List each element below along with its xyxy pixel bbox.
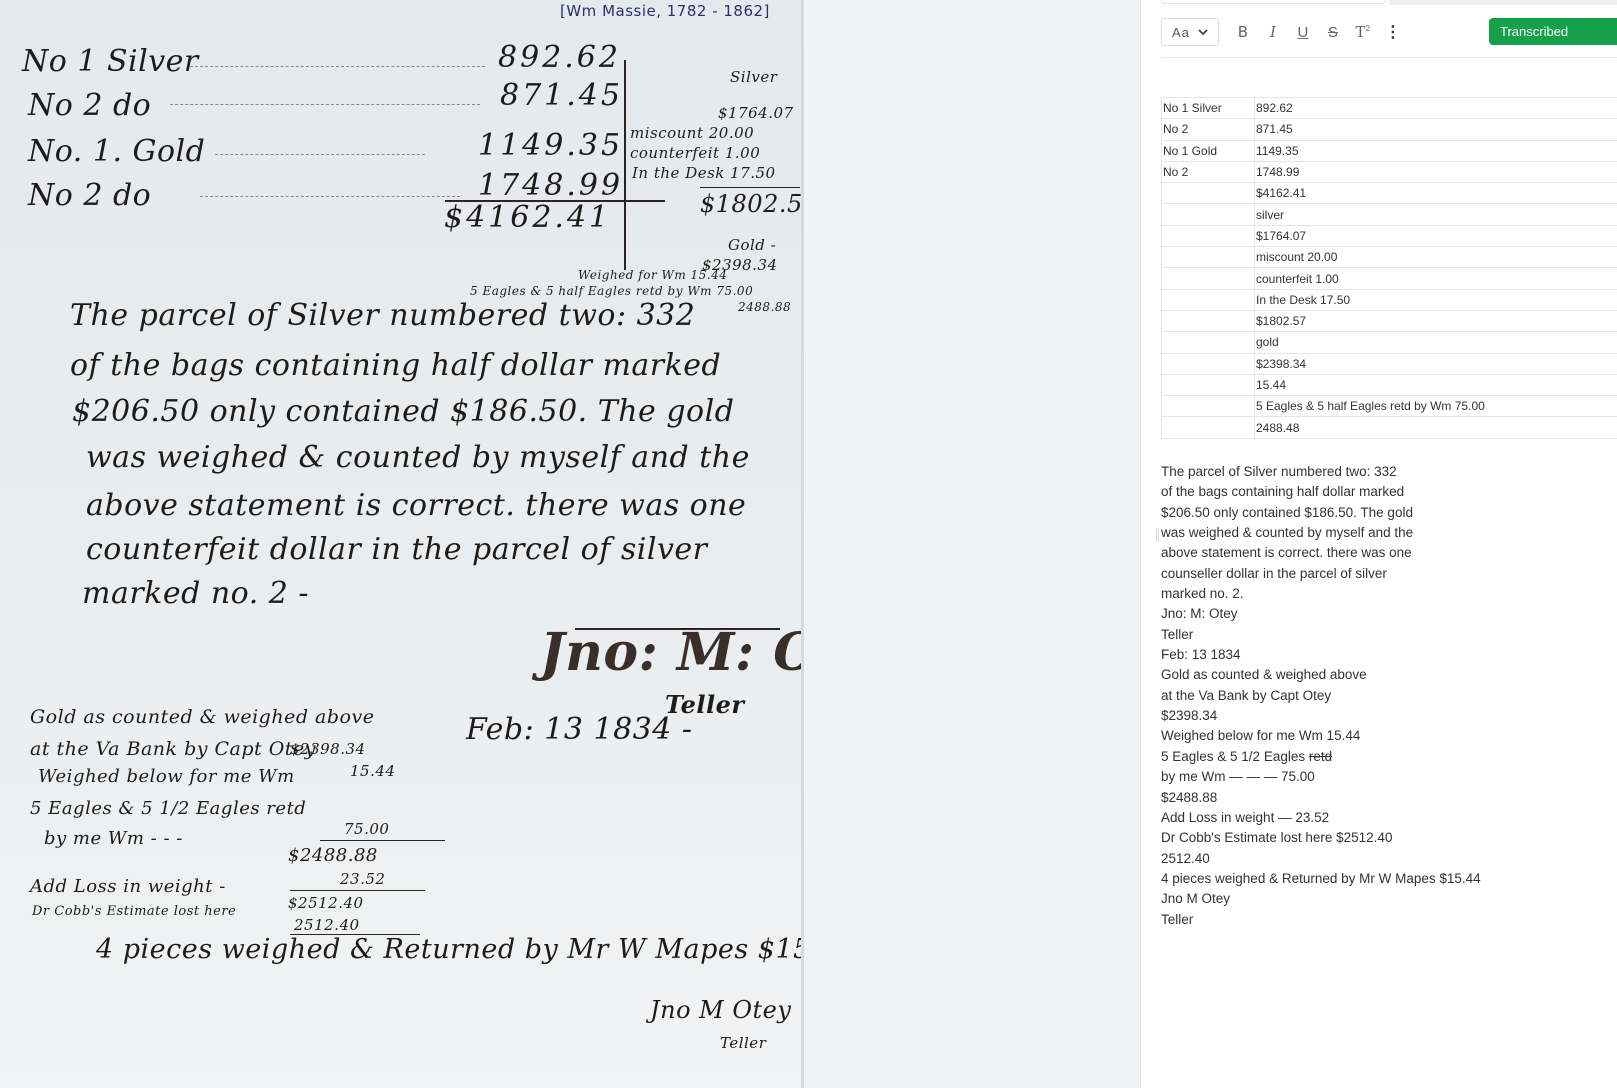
more-options-icon[interactable]: ⋮ xyxy=(1385,22,1401,42)
text-segment: 5 Eagles & 5 1/2 Eagles xyxy=(1161,749,1309,764)
table-cell[interactable] xyxy=(1162,289,1255,310)
table-cell[interactable]: 871.45 xyxy=(1255,119,1617,140)
text-line: The parcel of Silver numbered two: 332 xyxy=(1161,462,1611,482)
text-line: Gold as counted & weighed above xyxy=(1161,665,1611,685)
margin-gold-label: Gold - xyxy=(728,236,776,254)
lower-line: Add Loss in weight - xyxy=(30,876,226,897)
ledger-leader xyxy=(200,196,460,197)
table-cell[interactable]: gold xyxy=(1255,332,1617,353)
body-line: counterfeit dollar in the parcel of silv… xyxy=(86,532,707,567)
table-cell[interactable]: No 2 xyxy=(1162,161,1255,182)
margin-silver-amount: $1764.07 xyxy=(718,104,794,122)
text-line: counseller dollar in the parcel of silve… xyxy=(1161,564,1611,584)
text-line: Teller xyxy=(1161,625,1611,645)
text-line: Jno M Otey xyxy=(1161,889,1611,909)
table-row: silver xyxy=(1162,204,1617,225)
table-cell[interactable]: 892.62 xyxy=(1255,98,1617,119)
footer-signature: Jno M Otey xyxy=(650,996,791,1024)
lower-rule xyxy=(290,890,425,891)
table-cell[interactable] xyxy=(1162,247,1255,268)
manuscript-image-viewer[interactable]: [Wm Massie, 1782 - 1862] No 1 Silver 892… xyxy=(0,0,804,1088)
lower-amount: $2512.40 xyxy=(288,894,364,912)
text-line: Add Loss in weight — 23.52 xyxy=(1161,808,1611,828)
lower-line: Gold as counted & weighed above xyxy=(30,706,374,728)
lower-rule xyxy=(320,840,445,841)
table-cell[interactable] xyxy=(1162,268,1255,289)
table-cell[interactable] xyxy=(1162,417,1255,438)
margin-silver-label: Silver xyxy=(730,68,777,86)
margin-counterfeit: counterfeit 1.00 xyxy=(630,144,760,162)
footer-title: Teller xyxy=(720,1034,766,1052)
text-line: Feb: 13 1834 xyxy=(1161,645,1611,665)
table-cell[interactable] xyxy=(1162,183,1255,204)
margin-gold-total: 2488.88 xyxy=(738,300,791,314)
margin-silver-total: $1802.57 xyxy=(700,190,804,218)
margin-desk: In the Desk 17.50 xyxy=(632,164,776,182)
ledger-label: No 2 do xyxy=(28,88,151,123)
transcription-table[interactable]: No 1 Silver892.62 No 2871.45 No 1 Gold11… xyxy=(1161,97,1617,439)
table-cell[interactable] xyxy=(1162,353,1255,374)
lower-amount: 23.52 xyxy=(340,870,385,888)
table-row: No 1 Silver892.62 xyxy=(1162,98,1617,119)
table-cell[interactable]: No 1 Silver xyxy=(1162,98,1255,119)
body-line: was weighed & counted by myself and the xyxy=(86,440,750,475)
table-row: gold xyxy=(1162,332,1617,353)
text-line-eagles: 5 Eagles & 5 1/2 Eagles retd xyxy=(1161,747,1611,767)
text-cursor-marker xyxy=(1156,528,1159,542)
lower-line: at the Va Bank by Capt Otey xyxy=(30,738,316,760)
text-line: Teller xyxy=(1161,910,1611,930)
table-cell[interactable]: $2398.34 xyxy=(1255,353,1617,374)
ledger-total: $4162.41 xyxy=(444,200,611,235)
table-cell[interactable]: No 2 xyxy=(1162,119,1255,140)
table-cell[interactable] xyxy=(1162,374,1255,395)
table-cell[interactable] xyxy=(1162,204,1255,225)
text-line: $2488.88 xyxy=(1161,788,1611,808)
ledger-leader xyxy=(170,104,480,105)
table-row: $4162.41 xyxy=(1162,183,1617,204)
table-cell[interactable] xyxy=(1162,396,1255,417)
ledger-leader xyxy=(190,66,485,67)
table-cell[interactable]: 1149.35 xyxy=(1255,140,1617,161)
text-line: was weighed & counted by myself and the xyxy=(1161,523,1611,543)
table-row: $2398.34 xyxy=(1162,353,1617,374)
body-line: marked no. 2 - xyxy=(82,576,309,611)
table-cell[interactable]: $4162.41 xyxy=(1255,183,1617,204)
body-line: $206.50 only contained $186.50. The gold xyxy=(72,394,734,429)
text-line: 4 pieces weighed & Returned by Mr W Mape… xyxy=(1161,869,1611,889)
table-row: $1802.57 xyxy=(1162,310,1617,331)
table-cell[interactable]: miscount 20.00 xyxy=(1255,247,1617,268)
bold-button[interactable]: B xyxy=(1235,23,1251,41)
table-cell[interactable] xyxy=(1162,332,1255,353)
table-row: counterfeit 1.00 xyxy=(1162,268,1617,289)
table-cell[interactable]: 1748.99 xyxy=(1255,161,1617,182)
text-line: marked no. 2. xyxy=(1161,584,1611,604)
margin-eagles: 5 Eagles & 5 half Eagles retd by Wm 75.0… xyxy=(470,284,753,298)
table-cell[interactable]: 2488.48 xyxy=(1255,417,1617,438)
struck-text: retd xyxy=(1309,749,1332,764)
margin-weighed: Weighed for Wm 15.44 xyxy=(578,268,727,282)
table-cell[interactable]: silver xyxy=(1255,204,1617,225)
table-cell[interactable]: $1802.57 xyxy=(1255,310,1617,331)
table-row: 2488.48 xyxy=(1162,417,1617,438)
lower-amount: 75.00 xyxy=(344,820,389,838)
table-cell[interactable] xyxy=(1162,310,1255,331)
body-line: above statement is correct. there was on… xyxy=(86,488,746,523)
lower-line: Weighed below for me Wm xyxy=(38,766,295,787)
top-strip xyxy=(1389,0,1617,5)
ledger-amount: 1748.99 xyxy=(478,168,623,203)
table-cell[interactable]: counterfeit 1.00 xyxy=(1255,268,1617,289)
table-cell[interactable]: No 1 Gold xyxy=(1162,140,1255,161)
ledger-amount: 871.45 xyxy=(500,78,623,113)
text-line: of the bags containing half dollar marke… xyxy=(1161,482,1611,502)
body-line: of the bags containing half dollar marke… xyxy=(70,348,721,383)
lower-line: Dr Cobb's Estimate lost here xyxy=(32,904,236,919)
text-line: $206.50 only contained $186.50. The gold xyxy=(1161,503,1611,523)
transcribed-status-button[interactable]: Transcribed xyxy=(1489,18,1617,45)
lower-amount: $2488.88 xyxy=(288,845,378,866)
text-line: $2398.34 xyxy=(1161,706,1611,726)
margin-rule xyxy=(700,187,800,188)
strikethrough-button[interactable]: S xyxy=(1325,24,1341,41)
text-line: Jno: M: Otey xyxy=(1161,604,1611,624)
margin-miscount: miscount 20.00 xyxy=(630,124,754,142)
lower-amount: 15.44 xyxy=(350,762,395,780)
transcription-editor-panel: Aa B I U S T2 ⋮ Transcribed No 1 Silver8… xyxy=(1140,0,1617,1088)
underline-button[interactable]: U xyxy=(1295,24,1311,41)
ledger-amount: 892.62 xyxy=(498,40,621,75)
text-line: above statement is correct. there was on… xyxy=(1161,543,1611,563)
table-row: $1764.07 xyxy=(1162,225,1617,246)
ledger-label: No 1 Silver xyxy=(22,44,199,79)
superscript-button[interactable]: T2 xyxy=(1355,23,1371,41)
table-cell[interactable]: 5 Eagles & 5 half Eagles retd by Wm 75.0… xyxy=(1255,396,1617,417)
ledger-leader xyxy=(215,154,425,155)
signature: Jno: M: Otey xyxy=(540,622,804,683)
ledger-brace xyxy=(624,60,626,270)
table-row: In the Desk 17.50 xyxy=(1162,289,1617,310)
table-cell[interactable]: 15.44 xyxy=(1255,374,1617,395)
footer-line: 4 pieces weighed & Returned by Mr W Mape… xyxy=(96,934,804,965)
lower-line: by me Wm - - - xyxy=(44,828,183,849)
transcription-text-area[interactable]: The parcel of Silver numbered two: 332 o… xyxy=(1161,462,1611,930)
table-row: 5 Eagles & 5 half Eagles retd by Wm 75.0… xyxy=(1162,396,1617,417)
table-row: miscount 20.00 xyxy=(1162,247,1617,268)
superscript-icon: T xyxy=(1355,23,1365,41)
table-row: No 21748.99 xyxy=(1162,161,1617,182)
text-line: 2512.40 xyxy=(1161,849,1611,869)
lower-amount: $2398.34 xyxy=(290,740,366,758)
field-above-toolbar[interactable] xyxy=(1161,0,1386,4)
ledger-label: No. 1. Gold xyxy=(28,134,205,169)
table-cell[interactable]: In the Desk 17.50 xyxy=(1255,289,1617,310)
toolbar-divider xyxy=(1161,57,1617,58)
ledger-amount: 1149.35 xyxy=(478,128,623,163)
font-size-select[interactable]: Aa xyxy=(1161,18,1219,46)
table-cell[interactable] xyxy=(1162,225,1255,246)
text-line: Dr Cobb's Estimate lost here $2512.40 xyxy=(1161,828,1611,848)
table-row: 15.44 xyxy=(1162,374,1617,395)
lower-amount: 2512.40 xyxy=(294,916,360,934)
table-row: No 1 Gold1149.35 xyxy=(1162,140,1617,161)
table-cell[interactable]: $1764.07 xyxy=(1255,225,1617,246)
italic-button[interactable]: I xyxy=(1265,23,1281,41)
text-line: by me Wm — — — 75.00 xyxy=(1161,767,1611,787)
manuscript-date: Feb: 13 1834 - xyxy=(466,712,693,747)
font-size-label: Aa xyxy=(1172,25,1190,40)
archive-label: [Wm Massie, 1782 - 1862] xyxy=(560,2,770,20)
text-line: at the Va Bank by Capt Otey xyxy=(1161,686,1611,706)
transcription-app: [Wm Massie, 1782 - 1862] No 1 Silver 892… xyxy=(0,0,1617,1088)
chevron-down-icon xyxy=(1198,25,1208,39)
lower-line: 5 Eagles & 5 1/2 Eagles retd xyxy=(30,798,306,819)
ledger-label: No 2 do xyxy=(28,178,151,213)
text-line: Weighed below for me Wm 15.44 xyxy=(1161,726,1611,746)
table-row: No 2871.45 xyxy=(1162,119,1617,140)
body-line: The parcel of Silver numbered two: 332 xyxy=(70,298,695,333)
